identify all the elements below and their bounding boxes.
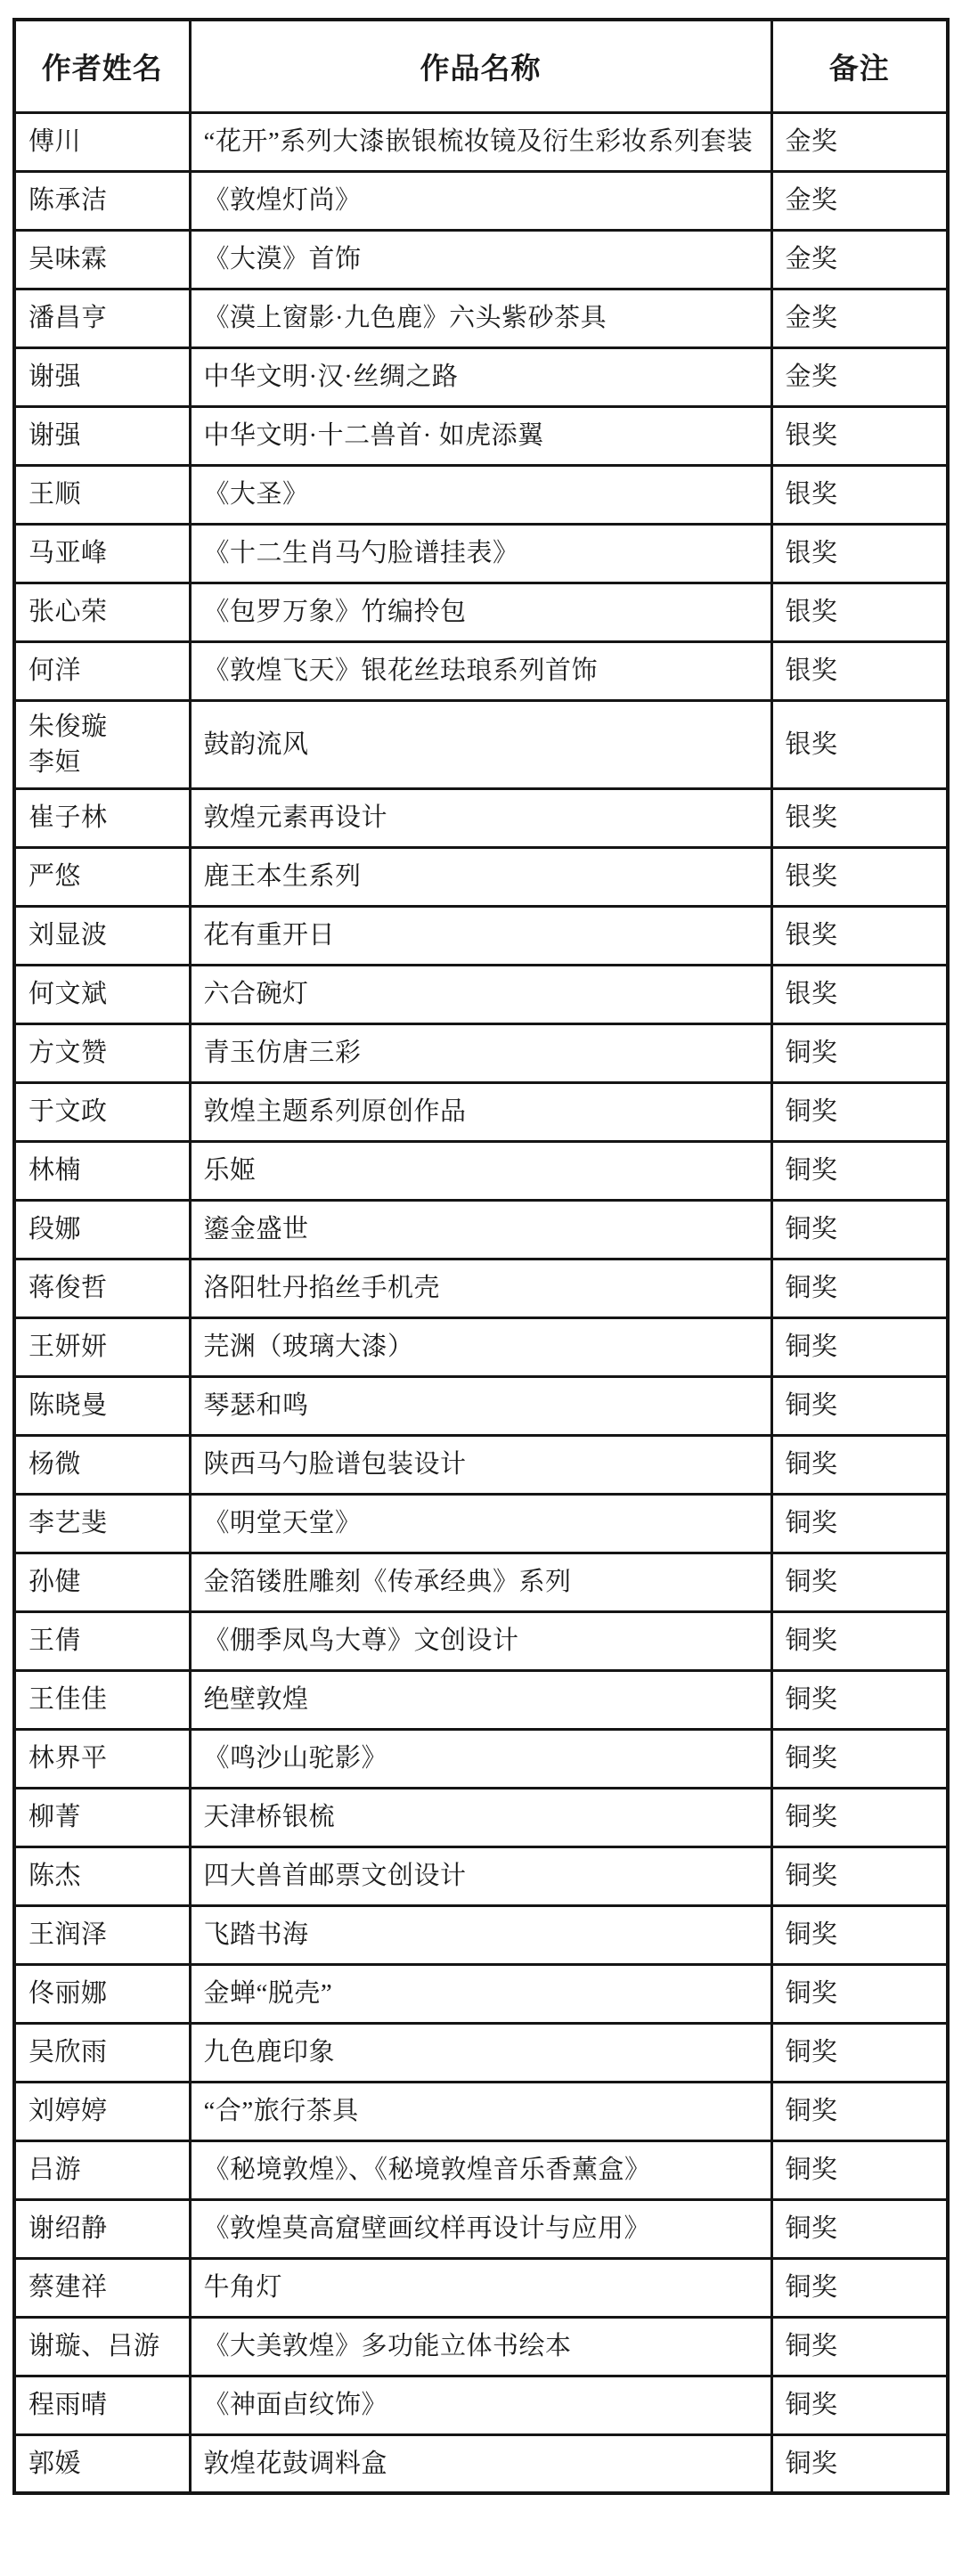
work-title-cell: 《敦煌莫高窟壁画纹样再设计与应用》 bbox=[190, 2199, 771, 2258]
table-row: 方文赞 青玉仿唐三彩 铜奖 bbox=[14, 1023, 948, 1082]
award-remark-cell: 铜奖 bbox=[771, 2434, 948, 2493]
work-title-cell: 《大美敦煌》多功能立体书绘本 bbox=[190, 2317, 771, 2376]
author-name-cell: 谢璇、吕游 bbox=[14, 2317, 190, 2376]
award-remark-cell: 金奖 bbox=[771, 347, 948, 406]
award-remark-cell: 铜奖 bbox=[771, 1082, 948, 1141]
table-row: 陈晓曼 琴瑟和鸣 铜奖 bbox=[14, 1376, 948, 1435]
author-name-cell: 林界平 bbox=[14, 1729, 190, 1788]
author-name-cell: 马亚峰 bbox=[14, 524, 190, 583]
work-title-cell: 琴瑟和鸣 bbox=[190, 1376, 771, 1435]
award-remark-cell: 银奖 bbox=[771, 906, 948, 965]
table-row: 蔡建祥 牛角灯 铜奖 bbox=[14, 2258, 948, 2317]
table-row: 何洋 《敦煌飞天》银花丝珐琅系列首饰 银奖 bbox=[14, 641, 948, 700]
table-row: 刘显波 花有重开日 银奖 bbox=[14, 906, 948, 965]
author-name-cell: 崔子林 bbox=[14, 788, 190, 847]
award-remark-cell: 银奖 bbox=[771, 583, 948, 641]
work-title-cell: 敦煌主题系列原创作品 bbox=[190, 1082, 771, 1141]
table-row: 张心荣 《包罗万象》竹编拎包 银奖 bbox=[14, 583, 948, 641]
work-title-cell: 中华文明·十二兽首· 如虎添翼 bbox=[190, 406, 771, 465]
author-name-cell: 何文斌 bbox=[14, 965, 190, 1023]
author-name-cell: 段娜 bbox=[14, 1200, 190, 1259]
award-remark-cell: 银奖 bbox=[771, 788, 948, 847]
author-name-cell: 陈承洁 bbox=[14, 171, 190, 230]
table-row: 段娜 鎏金盛世 铜奖 bbox=[14, 1200, 948, 1259]
work-title-cell: 《神面卣纹饰》 bbox=[190, 2376, 771, 2434]
author-name-cell: 王倩 bbox=[14, 1611, 190, 1670]
award-remark-cell: 铜奖 bbox=[771, 1259, 948, 1317]
work-title-cell: 《秘境敦煌》、《秘境敦煌音乐香薰盒》 bbox=[190, 2140, 771, 2199]
work-title-cell: 《大漠》首饰 bbox=[190, 230, 771, 289]
awards-table: 作者姓名 作品名称 备注 傅川 “花开”系列大漆嵌银梳妆镜及衍生彩妆系列套装 金… bbox=[12, 18, 950, 2495]
author-name-cell: 佟丽娜 bbox=[14, 1964, 190, 2023]
table-row: 谢绍静 《敦煌莫高窟壁画纹样再设计与应用》 铜奖 bbox=[14, 2199, 948, 2258]
author-name-cell: 张心荣 bbox=[14, 583, 190, 641]
table-row: 朱俊璇 李姮 鼓韵流风 银奖 bbox=[14, 700, 948, 788]
award-list-document: 作者姓名 作品名称 备注 傅川 “花开”系列大漆嵌银梳妆镜及衍生彩妆系列套装 金… bbox=[0, 0, 962, 2576]
award-remark-cell: 铜奖 bbox=[771, 1141, 948, 1200]
award-remark-cell: 铜奖 bbox=[771, 2023, 948, 2082]
table-row: 吕游 《秘境敦煌》、《秘境敦煌音乐香薰盒》 铜奖 bbox=[14, 2140, 948, 2199]
award-remark-cell: 银奖 bbox=[771, 524, 948, 583]
table-row: 程雨晴 《神面卣纹饰》 铜奖 bbox=[14, 2376, 948, 2434]
author-name-cell: 李艺斐 bbox=[14, 1494, 190, 1553]
award-remark-cell: 铜奖 bbox=[771, 2082, 948, 2140]
award-remark-cell: 银奖 bbox=[771, 465, 948, 524]
author-name-cell: 谢强 bbox=[14, 347, 190, 406]
award-remark-cell: 铜奖 bbox=[771, 1553, 948, 1611]
work-title-cell: “花开”系列大漆嵌银梳妆镜及衍生彩妆系列套装 bbox=[190, 112, 771, 171]
work-title-cell: 四大兽首邮票文创设计 bbox=[190, 1846, 771, 1905]
work-title-cell: 九色鹿印象 bbox=[190, 2023, 771, 2082]
author-name-cell: 朱俊璇 李姮 bbox=[14, 700, 190, 788]
work-title-cell: 《十二生肖马勺脸谱挂表》 bbox=[190, 524, 771, 583]
table-row: 王妍妍 芫渊（玻璃大漆） 铜奖 bbox=[14, 1317, 948, 1376]
work-title-cell: 牛角灯 bbox=[190, 2258, 771, 2317]
table-row: 谢强 中华文明·十二兽首· 如虎添翼 银奖 bbox=[14, 406, 948, 465]
work-title-cell: 《敦煌飞天》银花丝珐琅系列首饰 bbox=[190, 641, 771, 700]
work-title-cell: 《大圣》 bbox=[190, 465, 771, 524]
table-row: 傅川 “花开”系列大漆嵌银梳妆镜及衍生彩妆系列套装 金奖 bbox=[14, 112, 948, 171]
work-title-cell: 洛阳牡丹掐丝手机壳 bbox=[190, 1259, 771, 1317]
award-remark-cell: 铜奖 bbox=[771, 1788, 948, 1846]
author-name-cell: 孙健 bbox=[14, 1553, 190, 1611]
work-title-cell: 《倗季凤鸟大尊》文创设计 bbox=[190, 1611, 771, 1670]
table-row: 谢强 中华文明·汉·丝绸之路 金奖 bbox=[14, 347, 948, 406]
author-name-cell: 吴味霖 bbox=[14, 230, 190, 289]
work-title-cell: 芫渊（玻璃大漆） bbox=[190, 1317, 771, 1376]
award-remark-cell: 铜奖 bbox=[771, 1670, 948, 1729]
author-name-cell: 蒋俊哲 bbox=[14, 1259, 190, 1317]
award-remark-cell: 金奖 bbox=[771, 230, 948, 289]
table-row: 陈杰 四大兽首邮票文创设计 铜奖 bbox=[14, 1846, 948, 1905]
work-title-cell: 绝壁敦煌 bbox=[190, 1670, 771, 1729]
author-name-cell: 潘昌亨 bbox=[14, 289, 190, 347]
author-name-cell: 蔡建祥 bbox=[14, 2258, 190, 2317]
table-row: 潘昌亨 《漠上窗影·九色鹿》六头紫砂茶具 金奖 bbox=[14, 289, 948, 347]
table-row: 何文斌 六合碗灯 银奖 bbox=[14, 965, 948, 1023]
award-remark-cell: 铜奖 bbox=[771, 1200, 948, 1259]
author-name-cell: 杨微 bbox=[14, 1435, 190, 1494]
author-name-cell: 刘显波 bbox=[14, 906, 190, 965]
author-name-cell: 方文赞 bbox=[14, 1023, 190, 1082]
author-name-cell: 王佳佳 bbox=[14, 1670, 190, 1729]
author-name-cell: 陈晓曼 bbox=[14, 1376, 190, 1435]
table-row: 佟丽娜 金蝉“脱壳” 铜奖 bbox=[14, 1964, 948, 2023]
table-row: 蒋俊哲 洛阳牡丹掐丝手机壳 铜奖 bbox=[14, 1259, 948, 1317]
table-row: 崔子林 敦煌元素再设计 银奖 bbox=[14, 788, 948, 847]
work-title-cell: 《漠上窗影·九色鹿》六头紫砂茶具 bbox=[190, 289, 771, 347]
table-row: 陈承洁 《敦煌灯尚》 金奖 bbox=[14, 171, 948, 230]
author-name-cell: 谢强 bbox=[14, 406, 190, 465]
table-row: 王倩 《倗季凤鸟大尊》文创设计 铜奖 bbox=[14, 1611, 948, 1670]
award-remark-cell: 银奖 bbox=[771, 965, 948, 1023]
column-header-work-title: 作品名称 bbox=[190, 20, 771, 112]
table-row: 王顺 《大圣》 银奖 bbox=[14, 465, 948, 524]
work-title-cell: 《鸣沙山驼影》 bbox=[190, 1729, 771, 1788]
author-name-cell: 吴欣雨 bbox=[14, 2023, 190, 2082]
award-remark-cell: 铜奖 bbox=[771, 1317, 948, 1376]
table-row: 于文政 敦煌主题系列原创作品 铜奖 bbox=[14, 1082, 948, 1141]
table-row: 吴味霖 《大漠》首饰 金奖 bbox=[14, 230, 948, 289]
award-remark-cell: 铜奖 bbox=[771, 2199, 948, 2258]
author-name-cell: 王顺 bbox=[14, 465, 190, 524]
table-row: 李艺斐 《明堂天堂》 铜奖 bbox=[14, 1494, 948, 1553]
author-name-cell: 于文政 bbox=[14, 1082, 190, 1141]
author-name-cell: 程雨晴 bbox=[14, 2376, 190, 2434]
author-name-cell: 王妍妍 bbox=[14, 1317, 190, 1376]
work-title-cell: 中华文明·汉·丝绸之路 bbox=[190, 347, 771, 406]
author-name-cell: 林楠 bbox=[14, 1141, 190, 1200]
work-title-cell: 敦煌花鼓调料盒 bbox=[190, 2434, 771, 2493]
work-title-cell: 陕西马勺脸谱包装设计 bbox=[190, 1435, 771, 1494]
table-row: 王佳佳 绝壁敦煌 铜奖 bbox=[14, 1670, 948, 1729]
table-row: 刘婷婷 “合”旅行茶具 铜奖 bbox=[14, 2082, 948, 2140]
award-remark-cell: 金奖 bbox=[771, 289, 948, 347]
table-row: 林楠 乐姬 铜奖 bbox=[14, 1141, 948, 1200]
work-title-cell: 六合碗灯 bbox=[190, 965, 771, 1023]
work-title-cell: 《明堂天堂》 bbox=[190, 1494, 771, 1553]
award-remark-cell: 铜奖 bbox=[771, 1846, 948, 1905]
award-remark-cell: 铜奖 bbox=[771, 1376, 948, 1435]
work-title-cell: 青玉仿唐三彩 bbox=[190, 1023, 771, 1082]
award-remark-cell: 铜奖 bbox=[771, 1729, 948, 1788]
work-title-cell: 乐姬 bbox=[190, 1141, 771, 1200]
award-remark-cell: 铜奖 bbox=[771, 2140, 948, 2199]
work-title-cell: 鎏金盛世 bbox=[190, 1200, 771, 1259]
column-header-remark: 备注 bbox=[771, 20, 948, 112]
work-title-cell: 天津桥银梳 bbox=[190, 1788, 771, 1846]
work-title-cell: 飞踏书海 bbox=[190, 1905, 771, 1964]
author-name-cell: 陈杰 bbox=[14, 1846, 190, 1905]
award-remark-cell: 铜奖 bbox=[771, 2317, 948, 2376]
award-remark-cell: 银奖 bbox=[771, 406, 948, 465]
award-remark-cell: 铜奖 bbox=[771, 2258, 948, 2317]
author-name-cell: 严悠 bbox=[14, 847, 190, 906]
table-row: 杨微 陕西马勺脸谱包装设计 铜奖 bbox=[14, 1435, 948, 1494]
work-title-cell: “合”旅行茶具 bbox=[190, 2082, 771, 2140]
table-row: 马亚峰 《十二生肖马勺脸谱挂表》 银奖 bbox=[14, 524, 948, 583]
author-name-cell: 柳菁 bbox=[14, 1788, 190, 1846]
table-row: 郭媛 敦煌花鼓调料盒 铜奖 bbox=[14, 2434, 948, 2493]
award-remark-cell: 金奖 bbox=[771, 171, 948, 230]
work-title-cell: 金箔镂胜雕刻《传承经典》系列 bbox=[190, 1553, 771, 1611]
table-row: 严悠 鹿王本生系列 银奖 bbox=[14, 847, 948, 906]
table-row: 王润泽 飞踏书海 铜奖 bbox=[14, 1905, 948, 1964]
work-title-cell: 金蝉“脱壳” bbox=[190, 1964, 771, 2023]
award-remark-cell: 铜奖 bbox=[771, 2376, 948, 2434]
table-row: 孙健 金箔镂胜雕刻《传承经典》系列 铜奖 bbox=[14, 1553, 948, 1611]
work-title-cell: 《敦煌灯尚》 bbox=[190, 171, 771, 230]
table-row: 柳菁 天津桥银梳 铜奖 bbox=[14, 1788, 948, 1846]
header-row: 作者姓名 作品名称 备注 bbox=[14, 20, 948, 112]
award-remark-cell: 铜奖 bbox=[771, 1435, 948, 1494]
column-header-author: 作者姓名 bbox=[14, 20, 190, 112]
award-remark-cell: 铜奖 bbox=[771, 1905, 948, 1964]
work-title-cell: 敦煌元素再设计 bbox=[190, 788, 771, 847]
author-name-cell: 刘婷婷 bbox=[14, 2082, 190, 2140]
table-row: 吴欣雨 九色鹿印象 铜奖 bbox=[14, 2023, 948, 2082]
award-remark-cell: 铜奖 bbox=[771, 1023, 948, 1082]
author-name-cell: 谢绍静 bbox=[14, 2199, 190, 2258]
award-remark-cell: 银奖 bbox=[771, 641, 948, 700]
author-name-cell: 郭媛 bbox=[14, 2434, 190, 2493]
award-remark-cell: 铜奖 bbox=[771, 1611, 948, 1670]
work-title-cell: 鼓韵流风 bbox=[190, 700, 771, 788]
award-remark-cell: 铜奖 bbox=[771, 1964, 948, 2023]
work-title-cell: 鹿王本生系列 bbox=[190, 847, 771, 906]
work-title-cell: 《包罗万象》竹编拎包 bbox=[190, 583, 771, 641]
award-remark-cell: 金奖 bbox=[771, 112, 948, 171]
award-remark-cell: 银奖 bbox=[771, 847, 948, 906]
table-row: 谢璇、吕游 《大美敦煌》多功能立体书绘本 铜奖 bbox=[14, 2317, 948, 2376]
work-title-cell: 花有重开日 bbox=[190, 906, 771, 965]
award-remark-cell: 银奖 bbox=[771, 700, 948, 788]
author-name-cell: 何洋 bbox=[14, 641, 190, 700]
table-row: 林界平 《鸣沙山驼影》 铜奖 bbox=[14, 1729, 948, 1788]
author-name-cell: 王润泽 bbox=[14, 1905, 190, 1964]
author-name-cell: 傅川 bbox=[14, 112, 190, 171]
author-name-cell: 吕游 bbox=[14, 2140, 190, 2199]
award-remark-cell: 铜奖 bbox=[771, 1494, 948, 1553]
